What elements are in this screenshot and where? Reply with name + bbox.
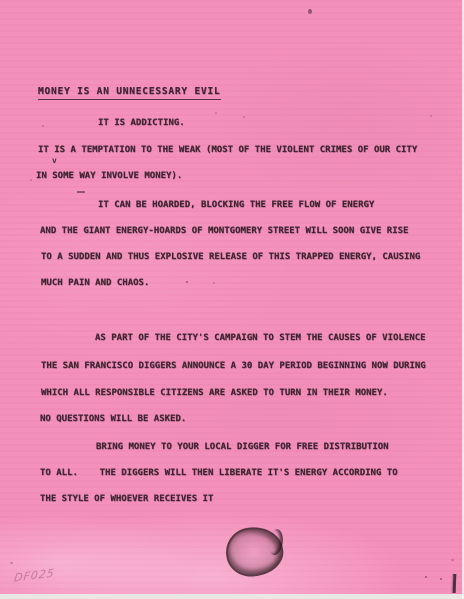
text-line: NO QUESTIONS WILL BE ASKED. xyxy=(40,414,186,425)
text-line: THE SAN FRANCISCO DIGGERS ANNOUNCE A 30 … xyxy=(41,361,426,372)
pencil-dash-mark xyxy=(77,191,85,193)
insertion-caret-mark: v xyxy=(52,156,57,165)
text-line: IT IS A TEMPTATION TO THE WEAK (MOST OF … xyxy=(38,145,417,156)
paper-speck xyxy=(243,116,245,118)
scan-edge-bottom xyxy=(0,594,464,599)
text-line: TO ALL. THE DIGGERS WILL THEN LIBERATE I… xyxy=(40,468,398,479)
text-line: AND THE GIANT ENERGY-HOARDS OF MONTGOMER… xyxy=(40,226,408,237)
text-line: AS PART OF THE CITY'S CAMPAIGN TO STEM T… xyxy=(95,333,426,344)
text-line: IT CAN BE HOARDED, BLOCKING THE FREE FLO… xyxy=(98,200,374,211)
paper-speck xyxy=(215,112,217,114)
text-line: BRING MONEY TO YOUR LOCAL DIGGER FOR FRE… xyxy=(96,442,389,453)
paper-speck xyxy=(186,281,188,283)
paper-speck xyxy=(425,576,427,578)
paper-speck xyxy=(42,125,44,127)
text-line: TO A SUDDEN AND THUS EXPLOSIVE RELEASE O… xyxy=(41,252,420,263)
paper-speck xyxy=(308,9,312,14)
document-title: MONEY IS AN UNNECESSARY EVIL xyxy=(38,86,221,100)
text-line: IN SOME WAY INVOLVE MONEY). xyxy=(36,171,182,182)
ink-stroke-mark xyxy=(453,574,457,593)
ink-fingerprint-smudge xyxy=(222,522,287,580)
paper-speck xyxy=(451,559,454,561)
paper-speck xyxy=(213,282,215,284)
paper-speck xyxy=(30,179,32,181)
paper-speck xyxy=(430,115,432,117)
paper-speck xyxy=(10,562,13,564)
text-line: THE STYLE OF WHOEVER RECEIVES IT xyxy=(40,494,213,505)
text-line: IT IS ADDICTING. xyxy=(98,118,185,129)
text-line: MUCH PAIN AND CHAOS. xyxy=(41,278,149,289)
paper-speck xyxy=(440,578,442,580)
scanned-leaflet: MONEY IS AN UNNECESSARY EVIL IT IS ADDIC… xyxy=(0,0,464,599)
text-line: WHICH ALL RESPONSIBLE CITIZENS ARE ASKED… xyxy=(41,388,388,399)
pencil-note: DF025 xyxy=(13,566,55,584)
